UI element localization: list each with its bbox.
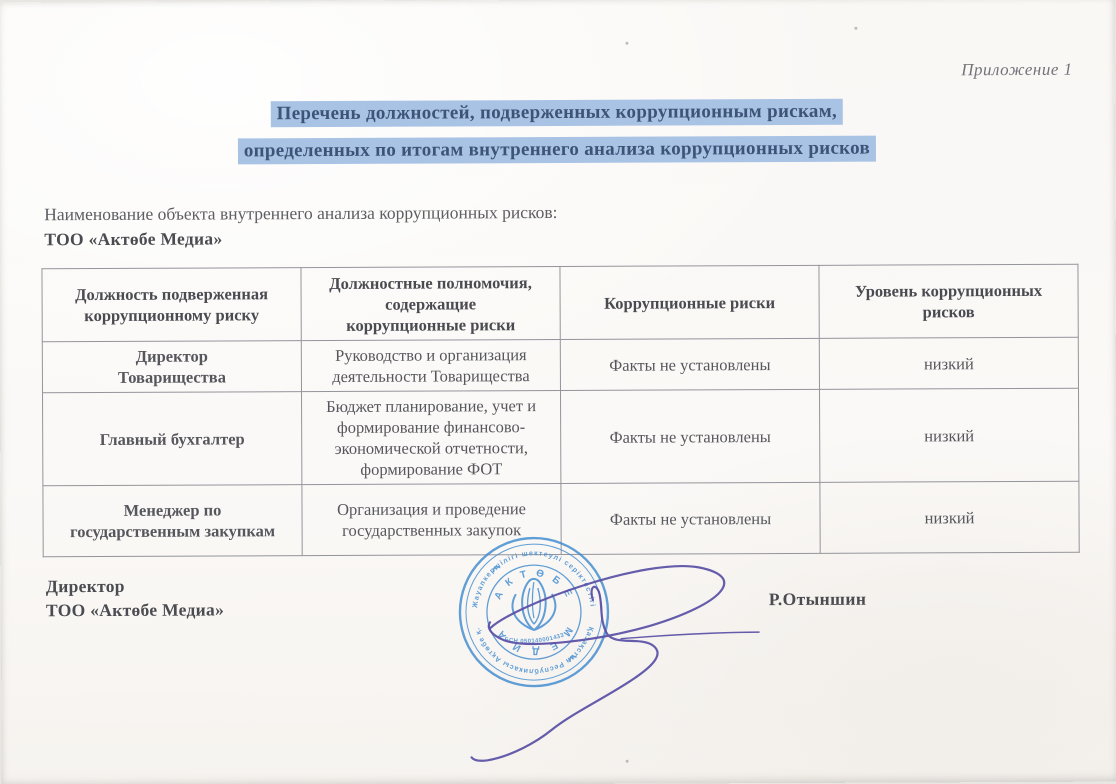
cell-position: Главный бухгалтер xyxy=(42,392,301,486)
document-title-line-2: определенных по итогам внутреннего анали… xyxy=(238,136,876,165)
appendix-label: Приложение 1 xyxy=(961,60,1072,80)
cell-risk-level: низкий xyxy=(819,388,1078,482)
scan-speck xyxy=(626,760,629,763)
table-row: Главный бухгалтер Бюджет планирование, у… xyxy=(42,388,1078,486)
document-title: Перечень должностей, подверженных корруп… xyxy=(0,98,1115,177)
analysis-object-block: Наименование объекта внутреннего анализа… xyxy=(44,200,557,252)
scanned-document-page: Приложение 1 Перечень должностей, подвер… xyxy=(0,0,1116,784)
cell-position: Менеджер по государственным закупкам xyxy=(43,485,302,557)
cell-position: Директор Товарищества xyxy=(42,341,301,393)
company-stamp: Жауапкершілігі шектеулі серіктестігі Қаз… xyxy=(460,538,609,687)
stamp-and-signature: Жауапкершілігі шектеулі серіктестігі Қаз… xyxy=(421,509,792,781)
scan-speck xyxy=(625,42,628,45)
signer-title: Директор ТОО «Актөбе Медиа» xyxy=(46,573,224,622)
header-powers: Должностные полномочия, содержащие корру… xyxy=(301,266,560,340)
cell-risks: Факты не установлены xyxy=(560,389,819,483)
stamp-outer-circle xyxy=(460,538,609,687)
analysis-object-name: ТОО «Актөбе Медиа» xyxy=(44,228,222,249)
cell-risk-level: низкий xyxy=(819,337,1078,389)
table-row: Директор Товарищества Руководство и орга… xyxy=(42,337,1078,393)
cell-risks: Факты не установлены xyxy=(560,338,819,390)
cell-powers: Руководство и организация деятельности Т… xyxy=(301,339,560,391)
header-position: Должность подверженная коррупционному ри… xyxy=(42,268,301,342)
stamp-middle-circle xyxy=(466,544,603,681)
header-risks: Коррупционные риски xyxy=(560,265,819,339)
analysis-object-label: Наименование объекта внутреннего анализа… xyxy=(44,202,557,224)
handwritten-signature xyxy=(471,566,760,761)
table-header-row: Должность подверженная коррупционному ри… xyxy=(42,264,1078,342)
header-risk-level: Уровень коррупционных рисков xyxy=(819,264,1078,338)
scan-speck xyxy=(854,27,857,30)
cell-risk-level: низкий xyxy=(820,481,1079,553)
cell-powers: Бюджет планирование, учет и формирование… xyxy=(301,390,560,484)
document-title-line-1: Перечень должностей, подверженных корруп… xyxy=(271,99,843,127)
